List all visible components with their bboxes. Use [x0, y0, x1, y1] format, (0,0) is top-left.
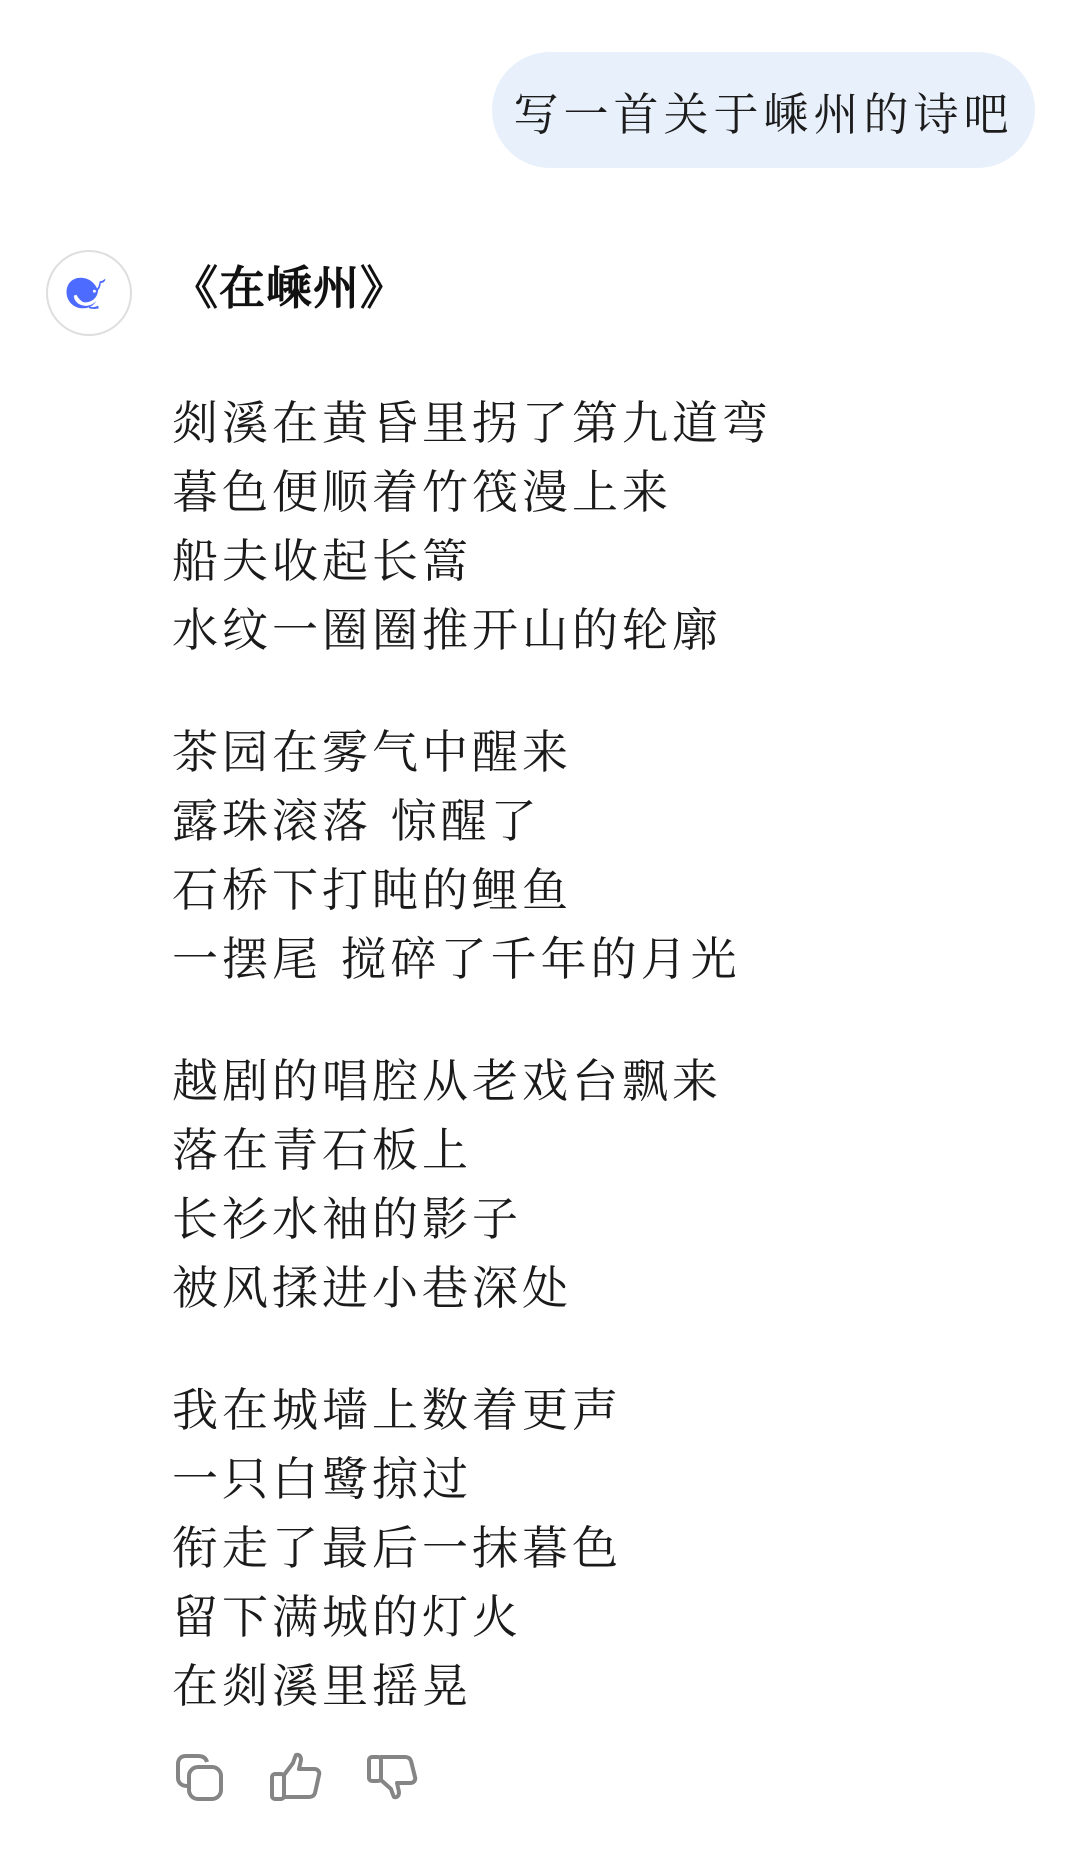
poem-line: 在剡溪里摇晃 — [172, 1652, 1032, 1721]
poem-line: 船夫收起长篙 — [172, 527, 1032, 596]
poem-line: 一只白鹭掠过 — [172, 1445, 1032, 1514]
poem-title: 《在嵊州》 — [172, 255, 1032, 321]
message-actions — [172, 1750, 420, 1806]
poem-line: 一摆尾 搅碎了千年的月光 — [172, 925, 1032, 994]
poem-line: 被风揉进小巷深处 — [172, 1254, 1032, 1323]
poem-body: 剡溪在黄昏里拐了第九道弯 暮色便顺着竹筏漫上来 船夫收起长篙 水纹一圈圈推开山的… — [172, 389, 1032, 1721]
poem-line: 落在青石板上 — [172, 1116, 1032, 1185]
thumbs-up-icon — [269, 1751, 323, 1805]
poem-line: 水纹一圈圈推开山的轮廓 — [172, 596, 1032, 665]
poem-line: 越剧的唱腔从老戏台飘来 — [172, 1047, 1032, 1116]
dislike-button[interactable] — [364, 1750, 420, 1806]
poem-line: 长衫水袖的影子 — [172, 1185, 1032, 1254]
stanza: 茶园在雾气中醒来 露珠滚落 惊醒了 石桥下打盹的鲤鱼 一摆尾 搅碎了千年的月光 — [172, 718, 1032, 994]
poem-line: 剡溪在黄昏里拐了第九道弯 — [172, 389, 1032, 458]
poem-line: 我在城墙上数着更声 — [172, 1376, 1032, 1445]
stanza: 剡溪在黄昏里拐了第九道弯 暮色便顺着竹筏漫上来 船夫收起长篙 水纹一圈圈推开山的… — [172, 389, 1032, 665]
poem-line: 石桥下打盹的鲤鱼 — [172, 856, 1032, 925]
user-message-text: 写一首关于嵊州的诗吧 — [513, 78, 1013, 143]
like-button[interactable] — [268, 1750, 324, 1806]
poem-line: 留下满城的灯火 — [172, 1583, 1032, 1652]
poem-line: 暮色便顺着竹筏漫上来 — [172, 458, 1032, 527]
poem-line: 露珠滚落 惊醒了 — [172, 787, 1032, 856]
stanza: 我在城墙上数着更声 一只白鹭掠过 衔走了最后一抹暮色 留下满城的灯火 在剡溪里摇… — [172, 1376, 1032, 1721]
copy-button[interactable] — [172, 1750, 228, 1806]
copy-icon — [173, 1751, 227, 1805]
assistant-avatar — [46, 250, 132, 336]
poem-line: 衔走了最后一抹暮色 — [172, 1514, 1032, 1583]
user-message-bubble: 写一首关于嵊州的诗吧 — [492, 52, 1035, 168]
poem-line: 茶园在雾气中醒来 — [172, 718, 1032, 787]
deepseek-whale-icon — [62, 266, 116, 320]
thumbs-down-icon — [365, 1751, 419, 1805]
assistant-reply: 《在嵊州》 剡溪在黄昏里拐了第九道弯 暮色便顺着竹筏漫上来 船夫收起长篙 水纹一… — [172, 255, 1032, 1721]
stanza: 越剧的唱腔从老戏台飘来 落在青石板上 长衫水袖的影子 被风揉进小巷深处 — [172, 1047, 1032, 1323]
